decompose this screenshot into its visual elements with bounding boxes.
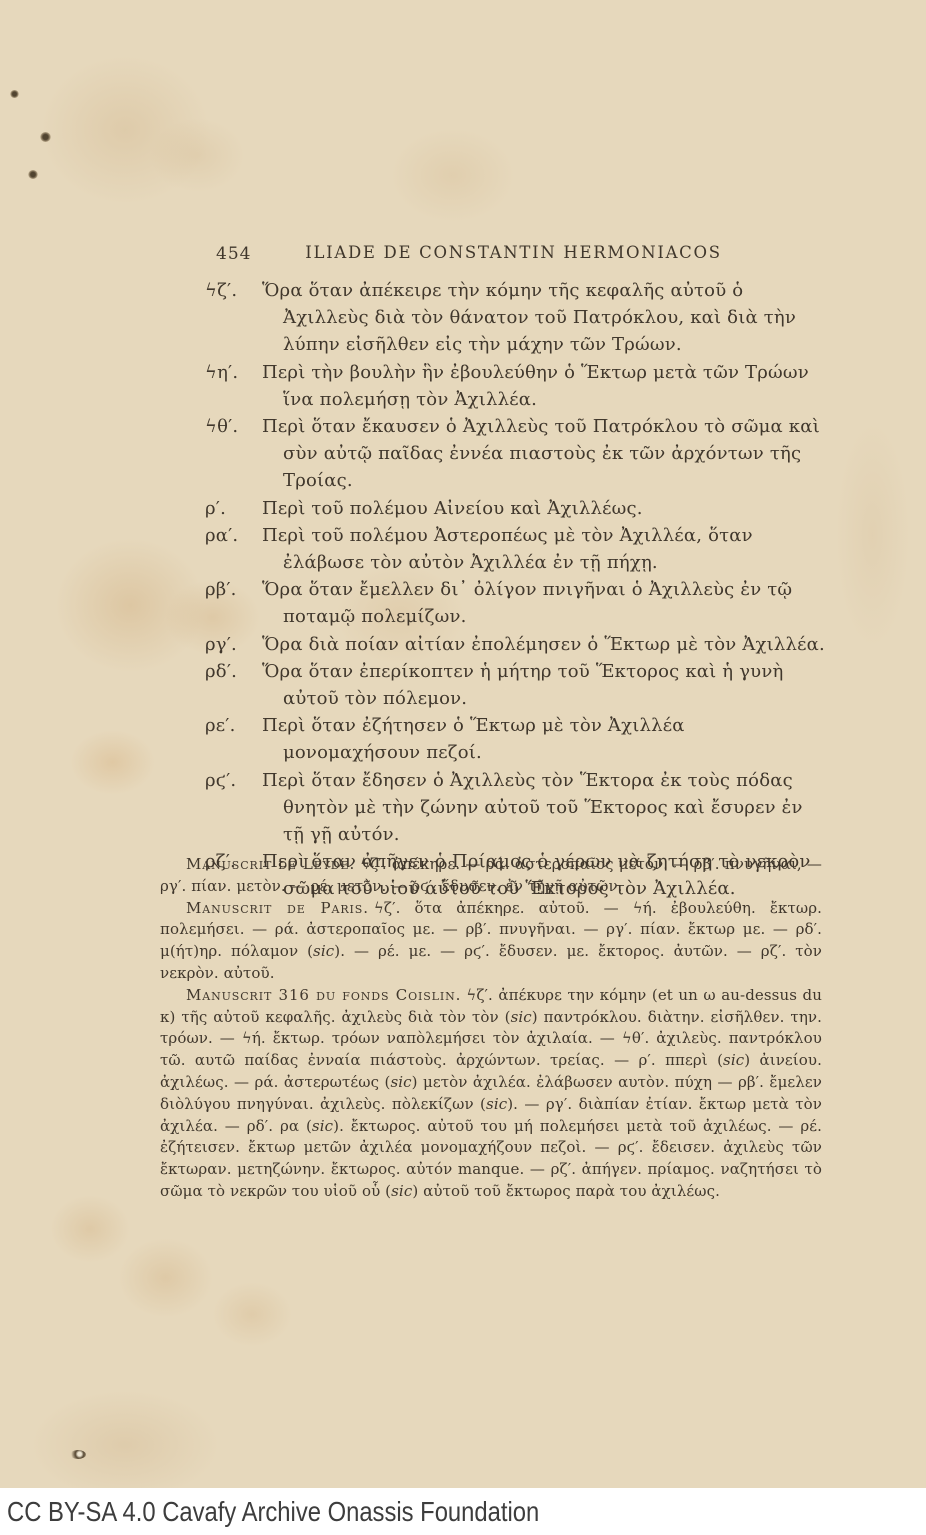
paper-stain bbox=[118, 1238, 213, 1318]
paper-stain bbox=[835, 420, 910, 650]
toc-entry: ρδ′. Ὅρα ὅταν ἐπερίκοπτεν ἡ μήτηρ τοῦ Ἕκ… bbox=[205, 658, 827, 712]
ink-speck bbox=[10, 90, 19, 98]
toc-entry-number: ϟθ′. bbox=[205, 413, 238, 440]
paper-stain bbox=[40, 55, 210, 205]
toc-entry: ρϛ′. Περὶ ὅταν ἔδησεν ὁ Ἀχιλλεὺς τὸν Ἕκτ… bbox=[205, 767, 827, 849]
paper-stain bbox=[390, 128, 515, 223]
toc-entry: ϟθ′. Περὶ ὅταν ἔκαυσεν ὁ Ἀχιλλεὺς τοῦ Πα… bbox=[205, 413, 827, 495]
toc-entry-text: Ὅρα ὅταν ἐπερίκοπτεν ἡ μήτηρ τοῦ Ἕκτορος… bbox=[262, 661, 783, 709]
toc-entry-number: ρδ′. bbox=[205, 658, 237, 685]
ink-speck bbox=[70, 1450, 86, 1459]
apparatus-paragraph: Manuscrit de Leyde.ϟζ′. ἀπέκηρε. — ρά. ἀ… bbox=[160, 854, 822, 898]
toc-entry: ρα′. Περὶ τοῦ πολέμου Ἀστεροπέως μὲ τὸν … bbox=[205, 522, 827, 576]
manuscript-label: Manuscrit 316 du fonds Coislin. bbox=[186, 986, 461, 1004]
toc-entry: ρε′. Περὶ ὅταν ἐζήτησεν ὁ Ἕκτωρ μὲ τὸν Ἀ… bbox=[205, 712, 827, 766]
apparatus-paragraph: Manuscrit 316 du fonds Coislin.ϟζ′. ἀπέκ… bbox=[160, 985, 822, 1203]
ink-speck bbox=[40, 132, 51, 142]
scanned-book-page: 454 ILIADE DE CONSTANTIN HERMONIACOS ϟζ′… bbox=[0, 0, 926, 1535]
license-bar: CC BY-SA 4.0 Cavafy Archive Onassis Foun… bbox=[0, 1488, 926, 1535]
apparatus-paragraph: Manuscrit de Paris.ϟζ′. ὅτα ἀπέκηρε. αὐτ… bbox=[160, 898, 822, 985]
manuscript-variants-text: ϟζ′. ἀπέκυρε την κόμην (et un ω au-dessu… bbox=[160, 986, 822, 1200]
toc-entry-text: Περὶ τοῦ πολέμου Ἀστεροπέως μὲ τὸν Ἀχιλλ… bbox=[262, 525, 753, 573]
toc-entry-number: ϟη′. bbox=[205, 359, 238, 386]
manuscript-label: Manuscrit de Paris. bbox=[186, 899, 369, 917]
toc-entry-number: ργ′. bbox=[205, 631, 237, 658]
toc-entry-number: ρα′. bbox=[205, 522, 238, 549]
toc-entry-number: ρβ′. bbox=[205, 576, 237, 603]
toc-entry: ϟζ′. Ὅρα ὅταν ἀπέκειρε τὴν κόμην τῆς κεφ… bbox=[205, 277, 827, 359]
toc-entry: ϟη′. Περὶ τὴν βουλὴν ἣν ἐβουλεύθην ὁ Ἕκτ… bbox=[205, 359, 827, 413]
paper-stain bbox=[212, 1282, 292, 1347]
paper-stain bbox=[150, 118, 245, 193]
toc-entry-number: ϟζ′. bbox=[205, 277, 237, 304]
paper-stain bbox=[55, 538, 205, 673]
toc-entry-text: Περὶ ὅταν ἔκαυσεν ὁ Ἀχιλλεὺς τοῦ Πατρόκλ… bbox=[262, 416, 820, 491]
toc-entry-text: Ὅρα ὅταν ἔμελλεν δι᾽ ὀλίγον πνιγῆναι ὁ Ἀ… bbox=[262, 579, 792, 627]
page-number: 454 bbox=[216, 244, 251, 264]
manuscript-apparatus: Manuscrit de Leyde.ϟζ′. ἀπέκηρε. — ρά. ἀ… bbox=[160, 854, 822, 1203]
paper-stain bbox=[30, 1390, 220, 1500]
toc-entry-number: ρϛ′. bbox=[205, 767, 236, 794]
ink-speck bbox=[28, 170, 38, 179]
toc-entry-text: Περὶ ὅταν ἐζήτησεν ὁ Ἕκτωρ μὲ τὸν Ἀχιλλέ… bbox=[262, 715, 685, 763]
chapter-summary-list: ϟζ′. Ὅρα ὅταν ἀπέκειρε τὴν κόμην τῆς κεφ… bbox=[205, 277, 827, 903]
toc-entry-text: Ὅρα διὰ ποίαν αἰτίαν ἐπολέμησεν ὁ Ἕκτωρ … bbox=[262, 634, 825, 655]
toc-entry-number: ρ′. bbox=[205, 495, 226, 522]
toc-entry-text: Περὶ ὅταν ἔδησεν ὁ Ἀχιλλεὺς τὸν Ἕκτορα ἐ… bbox=[262, 770, 803, 845]
running-head: 454 ILIADE DE CONSTANTIN HERMONIACOS bbox=[205, 243, 822, 262]
toc-entry: ρ′. Περὶ τοῦ πολέμου Αἰνείου καὶ Ἀχιλλέω… bbox=[205, 495, 827, 522]
toc-entry-text: Περὶ τὴν βουλὴν ἣν ἐβουλεύθην ὁ Ἕκτωρ με… bbox=[262, 362, 809, 410]
toc-entry-text: Ὅρα ὅταν ἀπέκειρε τὴν κόμην τῆς κεφαλῆς … bbox=[262, 280, 796, 355]
toc-entry: ργ′. Ὅρα διὰ ποίαν αἰτίαν ἐπολέμησεν ὁ Ἕ… bbox=[205, 631, 827, 658]
toc-entry-number: ρε′. bbox=[205, 712, 236, 739]
manuscript-label: Manuscrit de Leyde. bbox=[186, 855, 355, 873]
paper-stain bbox=[50, 1195, 130, 1263]
license-text: CC BY-SA 4.0 Cavafy Archive Onassis Foun… bbox=[7, 1496, 539, 1528]
toc-entry-text: Περὶ τοῦ πολέμου Αἰνείου καὶ Ἀχιλλέως. bbox=[262, 498, 643, 519]
paper-stain bbox=[70, 730, 155, 795]
toc-entry: ρβ′. Ὅρα ὅταν ἔμελλεν δι᾽ ὀλίγον πνιγῆνα… bbox=[205, 576, 827, 630]
page-title: ILIADE DE CONSTANTIN HERMONIACOS bbox=[205, 243, 822, 262]
